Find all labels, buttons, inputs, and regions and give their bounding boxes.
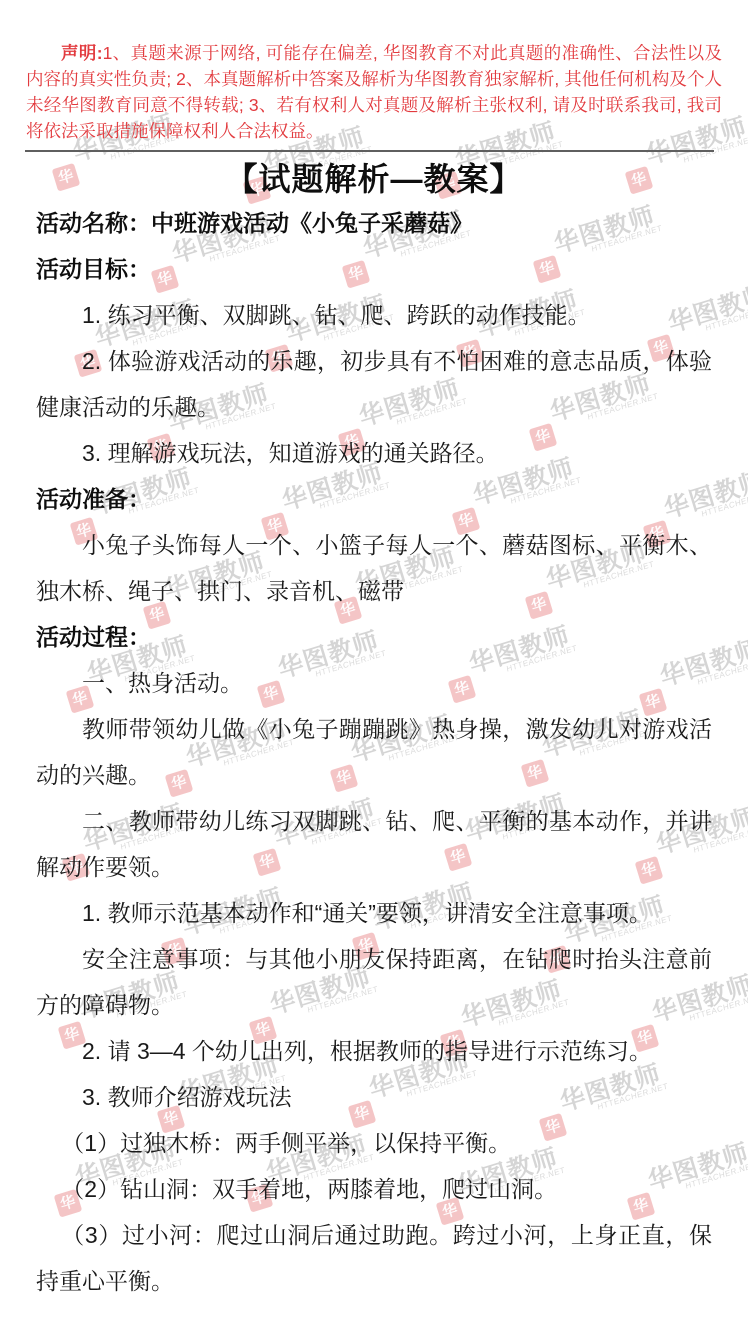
paragraph: 1. 练习平衡、双脚跳、钻、爬、跨跃的动作技能。 xyxy=(36,292,712,338)
section-heading: 活动过程： xyxy=(36,614,712,660)
paragraph: （2）钻山洞：双手着地，两膝着地，爬过山洞。 xyxy=(36,1166,712,1212)
section-heading: 活动准备： xyxy=(36,476,712,522)
document-body: 活动名称：中班游戏活动《小兔子采蘑菇》活动目标：1. 练习平衡、双脚跳、钻、爬、… xyxy=(36,200,712,1304)
paragraph: 3. 教师介绍游戏玩法 xyxy=(36,1074,712,1120)
paragraph: 安全注意事项：与其他小朋友保持距离，在钻爬时抬头注意前方的障碍物。 xyxy=(36,936,712,1028)
paragraph: 2. 体验游戏活动的乐趣，初步具有不怕困难的意志品质，体验健康活动的乐趣。 xyxy=(36,338,712,430)
paragraph: 2. 请 3—4 个幼儿出列，根据教师的指导进行示范练习。 xyxy=(36,1028,712,1074)
paragraph: 二、教师带幼儿练习双脚跳、钻、爬、平衡的基本动作，并讲解动作要领。 xyxy=(36,798,712,890)
paragraph: （1）过独木桥：两手侧平举，以保持平衡。 xyxy=(36,1120,712,1166)
document-page: 华华图教师HTTEACHER.NET华华图教师HTTEACHER.NET华华图教… xyxy=(0,0,748,1335)
paragraph: 3. 理解游戏玩法，知道游戏的通关路径。 xyxy=(36,430,712,476)
paragraph: （3）过小河：爬过山洞后通过助跑。跨过小河，上身正直，保持重心平衡。 xyxy=(36,1212,712,1304)
disclaimer-label: 声明: xyxy=(61,43,103,63)
paragraph: 小兔子头饰每人一个、小篮子每人一个、蘑菇图标、平衡木、独木桥、绳子、拱门、录音机… xyxy=(36,522,712,614)
paragraph: 1. 教师示范基本动作和“通关”要领，讲清安全注意事项。 xyxy=(36,890,712,936)
paragraph: 一、热身活动。 xyxy=(36,660,712,706)
section-heading: 活动名称：中班游戏活动《小兔子采蘑菇》 xyxy=(36,200,712,246)
divider-line xyxy=(25,150,714,152)
disclaimer-text: 1、真题来源于网络, 可能存在偏差, 华图教育不对此真题的准确性、合法性以及内容… xyxy=(26,43,722,141)
paragraph: 教师带领幼儿做《小兔子蹦蹦跳》热身操，激发幼儿对游戏活动的兴趣。 xyxy=(36,706,712,798)
page-title: 【试题解析—教案】 xyxy=(0,158,748,200)
disclaimer: 声明:1、真题来源于网络, 可能存在偏差, 华图教育不对此真题的准确性、合法性以… xyxy=(26,40,722,144)
section-heading: 活动目标： xyxy=(36,246,712,292)
